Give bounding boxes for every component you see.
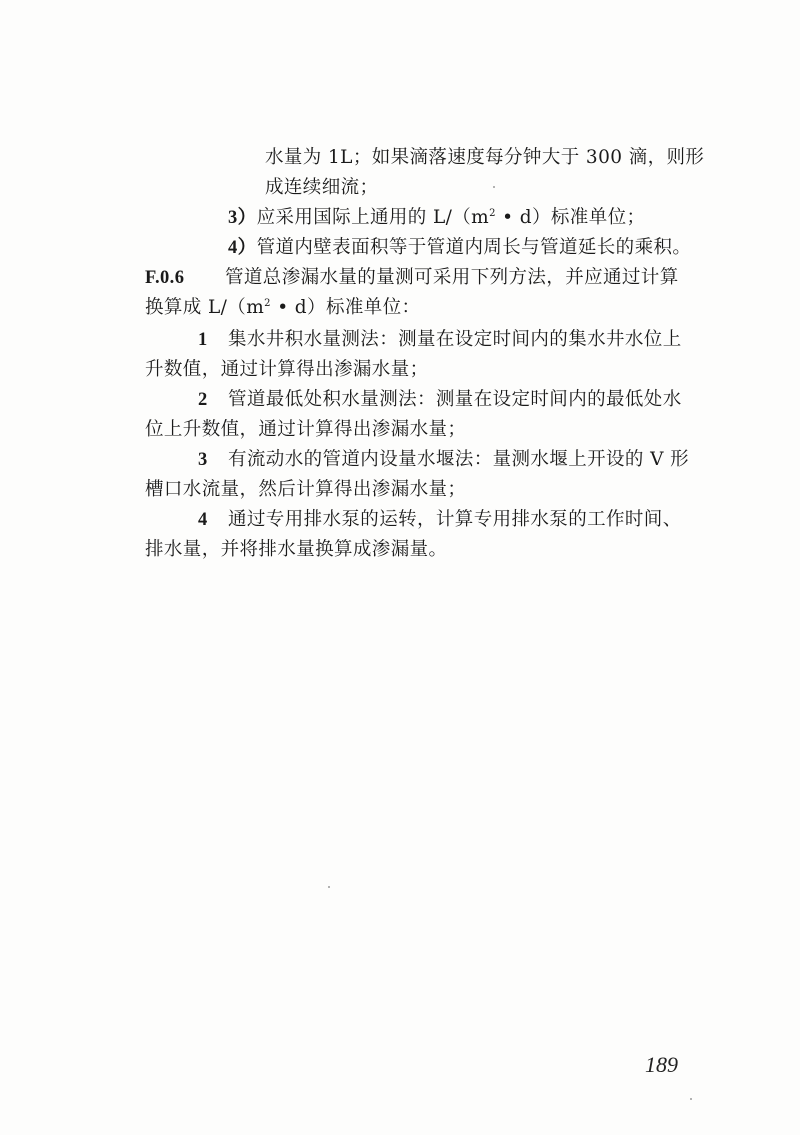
method-text: 通过专用排水泵的运转，计算专用排水泵的工作时间、 [228,509,682,530]
method-number: 3 [198,445,228,475]
item-text-post: • d）标准单位； [496,207,646,228]
method-2-line-1: 2管道最低处积水量测法：测量在设定时间内的最低处水 [198,385,682,415]
superscript: 2 [264,298,271,309]
method-text-2: 位上升数值，通过计算得出渗漏水量； [145,419,466,440]
method-2-line-2: 位上升数值，通过计算得出渗漏水量； [145,415,466,445]
method-3-line-2: 槽口水流量，然后计算得出渗漏水量； [145,475,466,505]
page-number: 189 [645,1052,678,1078]
list-item-3: 3）应采用国际上通用的 L/（m2 • d）标准单位； [228,203,645,233]
document-page: 水量为 1L；如果滴落速度每分钟大于 300 滴，则形 成连续细流； 3）应采用… [0,0,800,1135]
continuation-line-2: 成连续细流； [265,173,378,203]
continuation-text-1: 水量为 1L；如果滴落速度每分钟大于 300 滴，则形 [265,147,704,168]
continuation-text-2: 成连续细流； [265,177,378,198]
scan-speck [690,1098,692,1100]
method-text: 有流动水的管道内设量水堰法：量测水堰上开设的 V 形 [228,449,689,470]
clause-number: F.0.6 [145,263,225,293]
scan-speck [493,186,495,188]
item-marker: 4） [228,233,257,263]
clause-text-2: 换算成 L/（m [145,297,264,318]
scan-speck [328,886,330,888]
item-text: 管道内壁表面积等于管道内周长与管道延长的乘积。 [257,237,692,258]
method-3-line-1: 3有流动水的管道内设量水堰法：量测水堰上开设的 V 形 [198,445,689,475]
clause-line-2: 换算成 L/（m2 • d）标准单位： [145,293,420,323]
method-number: 2 [198,385,228,415]
continuation-line-1: 水量为 1L；如果滴落速度每分钟大于 300 滴，则形 [265,143,704,173]
method-text-2: 升数值，通过计算得出渗漏水量； [145,359,429,380]
method-number: 1 [198,325,228,355]
list-item-4: 4）管道内壁表面积等于管道内周长与管道延长的乘积。 [228,233,691,263]
method-number: 4 [198,505,228,535]
method-1-line-1: 1集水井积水量测法：测量在设定时间内的集水井水位上 [198,325,682,355]
item-marker: 3） [228,203,257,233]
item-text: 应采用国际上通用的 L/（m [257,207,490,228]
method-text-2: 排水量，并将排水量换算成渗漏量。 [145,539,447,560]
method-text: 集水井积水量测法：测量在设定时间内的集水井水位上 [228,329,682,350]
superscript: 2 [489,208,496,219]
clause-text: 管道总渗漏水量的量测可采用下列方法，并应通过计算 [225,267,679,288]
method-text: 管道最低处积水量测法：测量在设定时间内的最低处水 [228,389,682,410]
clause-text-2-post: • d）标准单位： [271,297,421,318]
clause-heading-line: F.0.6管道总渗漏水量的量测可采用下列方法，并应通过计算 [145,263,679,293]
method-4-line-2: 排水量，并将排水量换算成渗漏量。 [145,535,447,565]
method-text-2: 槽口水流量，然后计算得出渗漏水量； [145,479,466,500]
method-4-line-1: 4通过专用排水泵的运转，计算专用排水泵的工作时间、 [198,505,682,535]
method-1-line-2: 升数值，通过计算得出渗漏水量； [145,355,429,385]
